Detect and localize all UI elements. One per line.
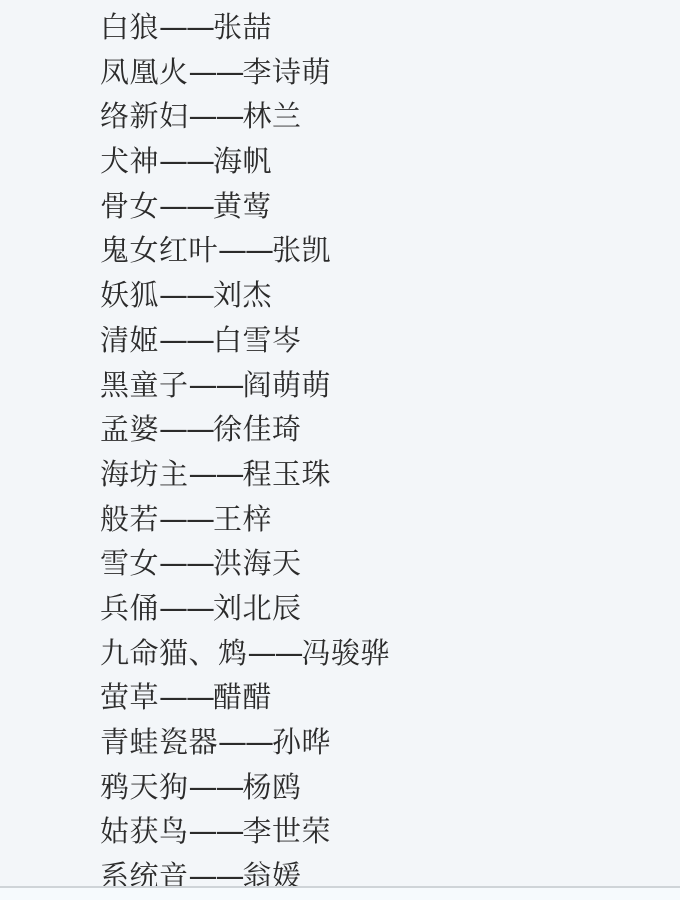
actor-name: 翁媛 <box>243 859 302 886</box>
dash-separator: —— <box>159 677 213 717</box>
actor-name: 海帆 <box>213 144 272 178</box>
cast-line: 凤凰火——李诗萌 <box>100 52 390 97</box>
dash-separator: —— <box>159 141 213 181</box>
cast-line: 青蛙瓷器——孙晔 <box>100 722 390 767</box>
role-name: 骨女 <box>100 189 159 223</box>
role-name: 鸦天狗 <box>100 770 189 804</box>
role-name: 犬神 <box>100 144 159 178</box>
cast-line: 鸦天狗——杨鸥 <box>100 767 390 812</box>
dash-separator: —— <box>218 722 272 762</box>
actor-name: 阎萌萌 <box>243 368 332 402</box>
actor-name: 李诗萌 <box>243 55 332 89</box>
actor-name: 林兰 <box>243 99 302 133</box>
cast-list: 白狼——张喆 凤凰火——李诗萌 络新妇——林兰 犬神——海帆 骨女——黄莺 鬼女… <box>100 7 390 886</box>
cast-line: 雪女——洪海天 <box>100 543 390 588</box>
actor-name: 杨鸥 <box>243 770 302 804</box>
dash-separator: —— <box>159 499 213 539</box>
cast-line: 黑童子——阎萌萌 <box>100 365 390 410</box>
actor-name: 王梓 <box>213 502 272 536</box>
actor-name: 醋醋 <box>213 680 272 714</box>
role-name: 鬼女红叶 <box>100 233 218 267</box>
dash-separator: —— <box>189 365 243 405</box>
dash-separator: —— <box>218 230 272 270</box>
role-name: 凤凰火 <box>100 55 189 89</box>
dash-separator: —— <box>159 588 213 628</box>
role-name: 白狼 <box>100 10 159 44</box>
role-name: 络新妇 <box>100 99 189 133</box>
dash-separator: —— <box>159 409 213 449</box>
dash-separator: —— <box>189 96 243 136</box>
role-name: 兵俑 <box>100 591 159 625</box>
role-name: 般若 <box>100 502 159 536</box>
cast-line: 鬼女红叶——张凯 <box>100 230 390 275</box>
role-name: 海坊主 <box>100 457 189 491</box>
role-name: 系统音 <box>100 859 189 886</box>
cast-line: 清姬——白雪岑 <box>100 320 390 365</box>
actor-name: 冯骏骅 <box>302 636 391 670</box>
actor-name: 洪海天 <box>213 546 302 580</box>
actor-name: 孙晔 <box>272 725 331 759</box>
actor-name: 刘杰 <box>213 278 272 312</box>
document-body: 白狼——张喆 凤凰火——李诗萌 络新妇——林兰 犬神——海帆 骨女——黄莺 鬼女… <box>0 0 680 886</box>
actor-name: 白雪岑 <box>213 323 302 357</box>
role-name: 雪女 <box>100 546 159 580</box>
actor-name: 程玉珠 <box>243 457 332 491</box>
dash-separator: —— <box>189 856 243 886</box>
role-name: 清姬 <box>100 323 159 357</box>
dash-separator: —— <box>159 275 213 315</box>
dash-separator: —— <box>159 7 213 47</box>
cast-line: 般若——王梓 <box>100 499 390 544</box>
actor-name: 刘北辰 <box>213 591 302 625</box>
cast-line: 骨女——黄莺 <box>100 186 390 231</box>
actor-name: 黄莺 <box>213 189 272 223</box>
cast-line: 九命猫、鸩——冯骏骅 <box>100 633 390 678</box>
cast-line: 萤草——醋醋 <box>100 677 390 722</box>
actor-name: 徐佳琦 <box>213 412 302 446</box>
actor-name: 张凯 <box>272 233 331 267</box>
bottom-panel <box>0 888 680 900</box>
role-name: 姑获鸟 <box>100 814 189 848</box>
role-name: 青蛙瓷器 <box>100 725 218 759</box>
actor-name: 李世荣 <box>243 814 332 848</box>
dash-separator: —— <box>189 52 243 92</box>
cast-line: 白狼——张喆 <box>100 7 390 52</box>
role-name: 黑童子 <box>100 368 189 402</box>
role-name: 孟婆 <box>100 412 159 446</box>
cast-line: 姑获鸟——李世荣 <box>100 811 390 856</box>
role-name: 萤草 <box>100 680 159 714</box>
actor-name: 张喆 <box>213 10 272 44</box>
dash-separator: —— <box>159 543 213 583</box>
dash-separator: —— <box>189 767 243 807</box>
role-name: 九命猫、鸩 <box>100 636 248 670</box>
cast-line: 系统音——翁媛 <box>100 856 390 886</box>
dash-separator: —— <box>248 633 302 673</box>
cast-line: 兵俑——刘北辰 <box>100 588 390 633</box>
cast-line: 络新妇——林兰 <box>100 96 390 141</box>
cast-line: 犬神——海帆 <box>100 141 390 186</box>
dash-separator: —— <box>189 454 243 494</box>
dash-separator: —— <box>159 320 213 360</box>
dash-separator: —— <box>189 811 243 851</box>
cast-line: 孟婆——徐佳琦 <box>100 409 390 454</box>
cast-line: 妖狐——刘杰 <box>100 275 390 320</box>
cast-line: 海坊主——程玉珠 <box>100 454 390 499</box>
role-name: 妖狐 <box>100 278 159 312</box>
dash-separator: —— <box>159 186 213 226</box>
